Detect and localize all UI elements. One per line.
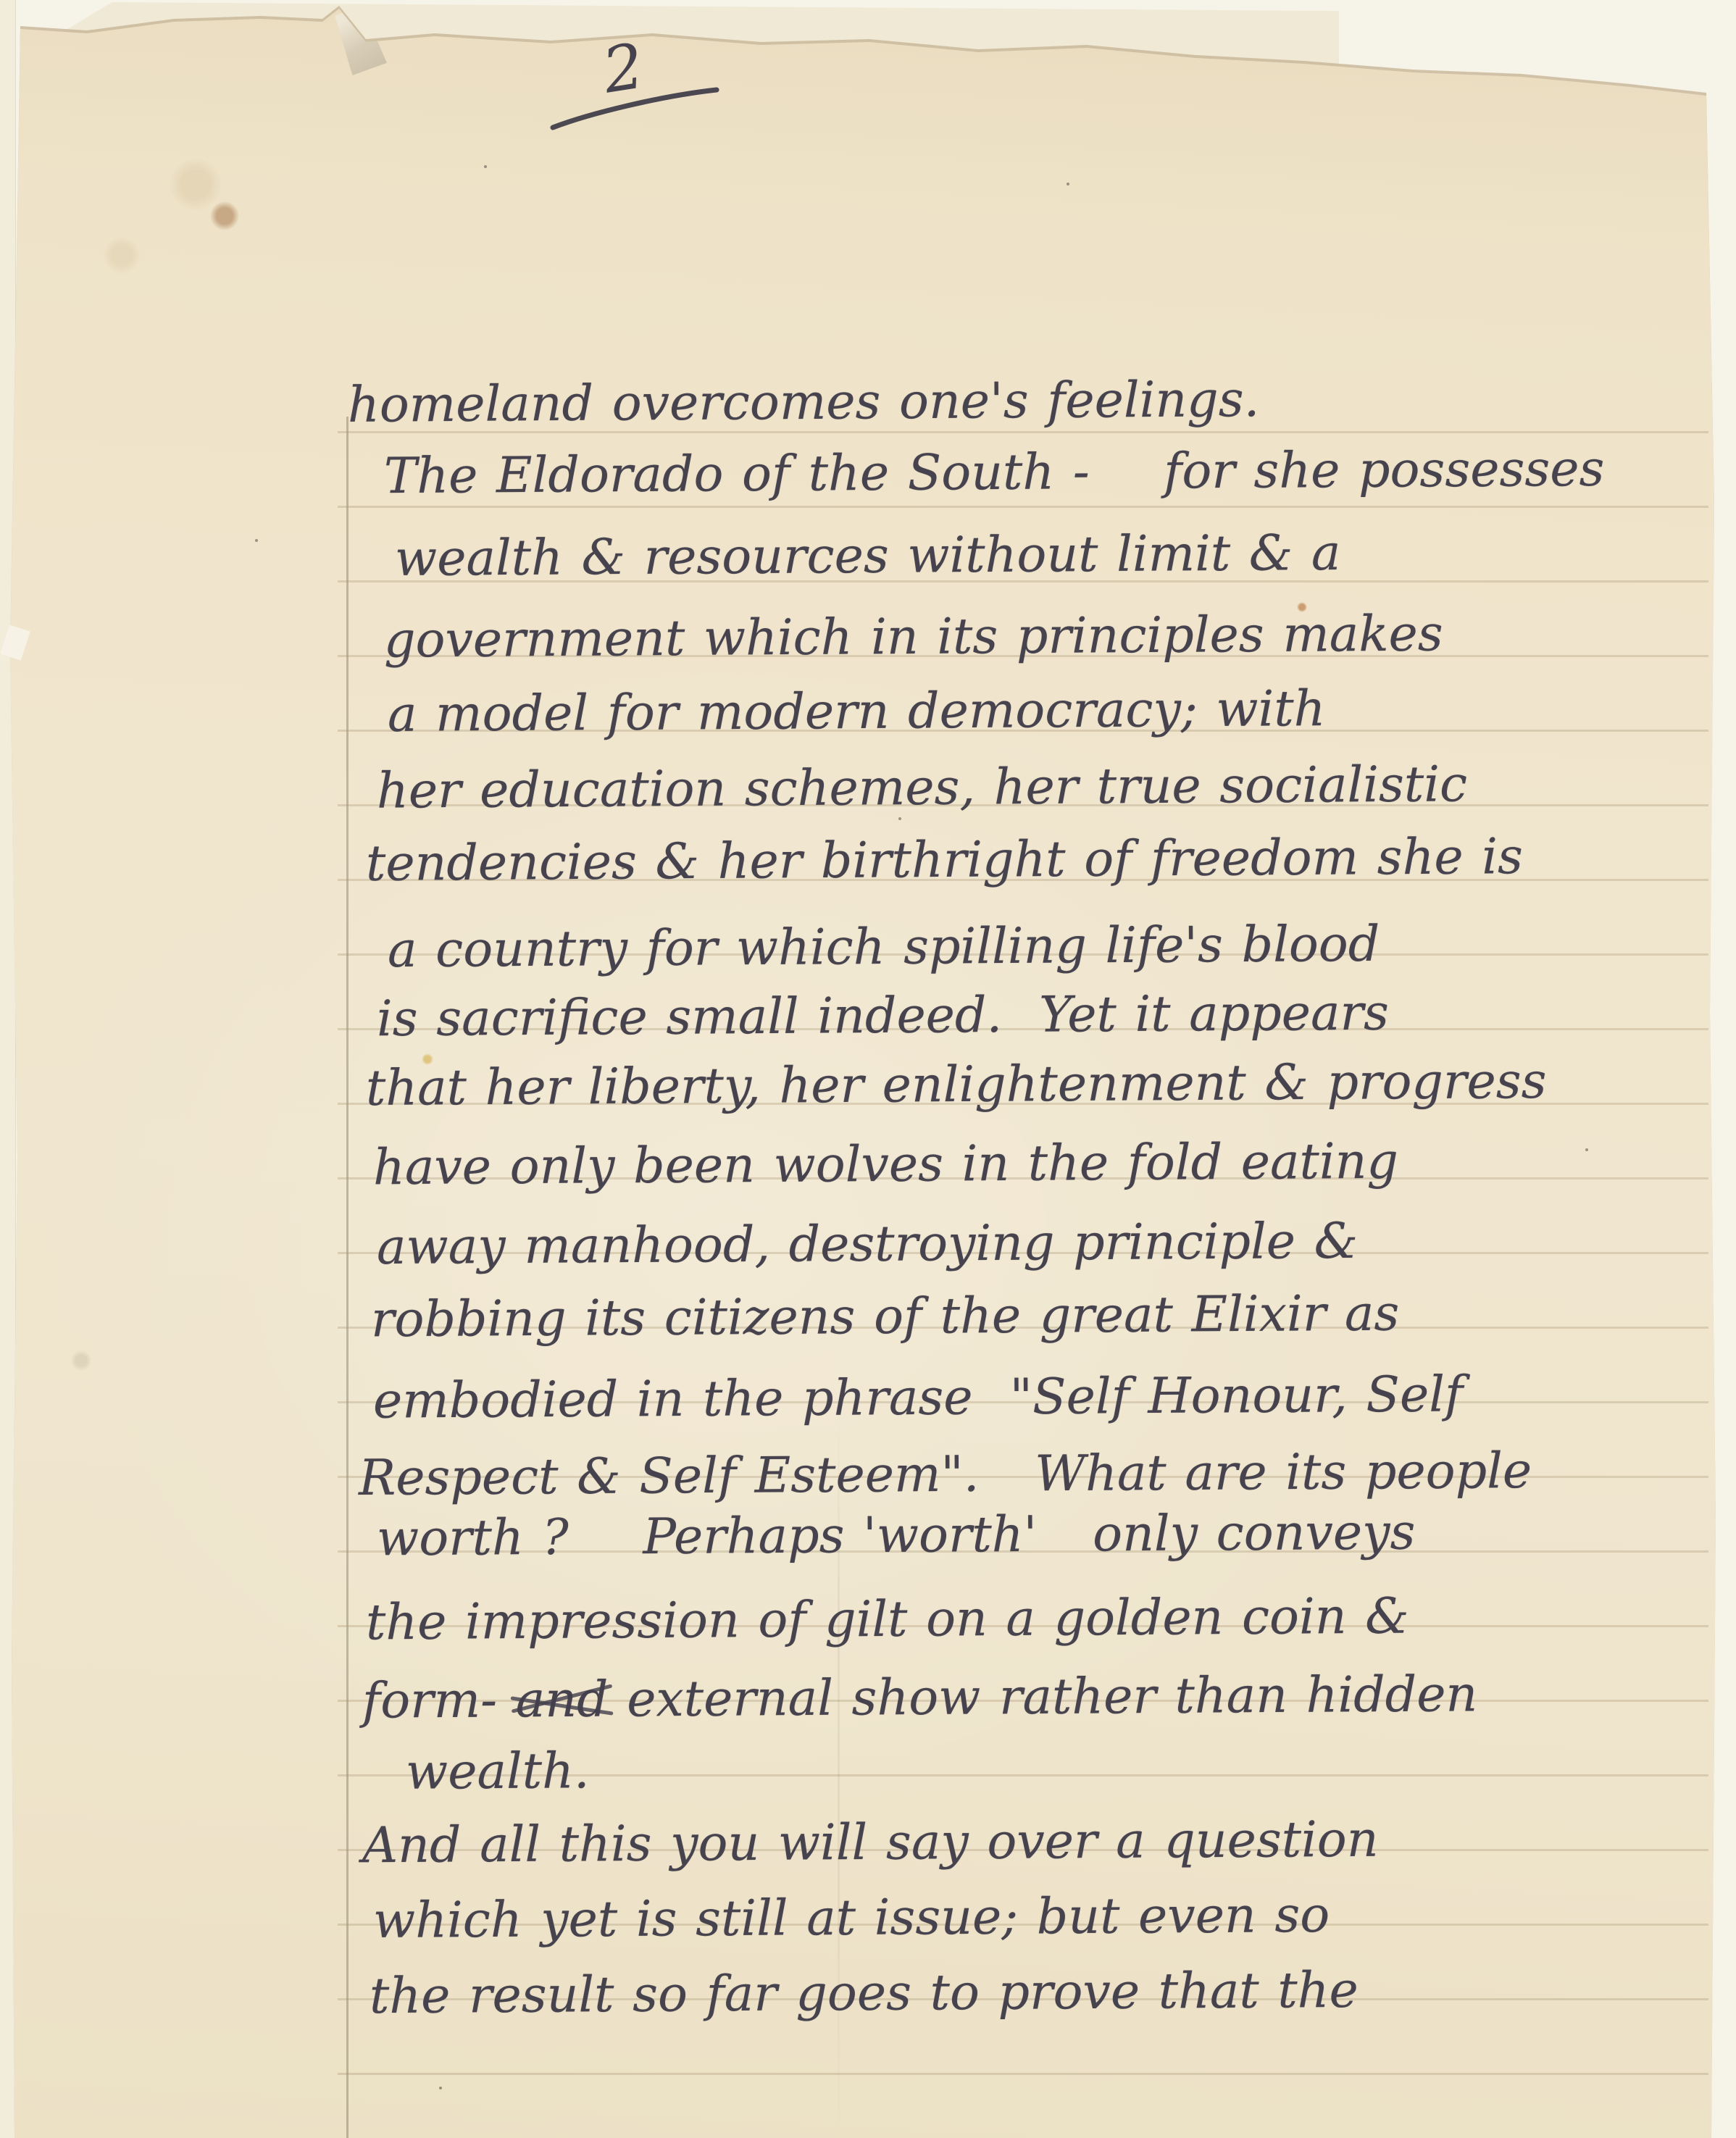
manuscript-line: away manhood, destroying principle & — [377, 1217, 1359, 1272]
manuscript-line: have only been wolves in the fold eating — [373, 1137, 1398, 1193]
manuscript-line: homeland overcomes one's feelings. — [348, 375, 1260, 430]
dust-speckle — [255, 539, 258, 542]
manuscript-line: And all this you will say over a questio… — [362, 1816, 1379, 1871]
manuscript-line: is sacrifice small indeed. Yet it appear… — [377, 989, 1389, 1045]
manuscript-line: her education schemes, her true socialis… — [377, 760, 1467, 816]
dust-speckle — [1067, 183, 1069, 185]
manuscript-line: a model for modern democracy; with — [388, 685, 1326, 740]
manuscript-line: embodied in the phrase "Self Honour, Sel… — [373, 1370, 1464, 1426]
line-fragment: external show rather than hidden — [608, 1666, 1477, 1728]
manuscript-line: Respect & Self Esteem". What are its peo… — [359, 1447, 1532, 1503]
dust-speckle — [898, 817, 901, 820]
manuscript-line: the impression of gilt on a golden coin … — [366, 1592, 1409, 1648]
manuscript: homeland overcomes one's feelings.The El… — [0, 0, 1736, 2138]
dust-speckle — [622, 867, 625, 869]
manuscript-line: tendencies & her birthright of freedom s… — [366, 832, 1523, 889]
manuscript-line: government which in its principles makes — [384, 610, 1443, 666]
manuscript-line: which yet is still at issue; but even so — [373, 1891, 1330, 1946]
manuscript-line: a country for which spilling life's bloo… — [388, 920, 1380, 975]
dust-speckle — [439, 2087, 442, 2089]
manuscript-line: robbing its citizens of the great Elixir… — [371, 1290, 1400, 1345]
manuscript-line: worth ? Perhaps 'worth' only conveys — [377, 1508, 1416, 1564]
manuscript-line: wealth & resources without limit & a — [395, 529, 1341, 584]
dust-speckle — [1585, 1148, 1588, 1151]
manuscript-line: the result so far goes to prove that the — [370, 1966, 1359, 2021]
dust-speckle — [484, 165, 487, 168]
manuscript-line: The Eldorado of the South - for she poss… — [384, 445, 1605, 501]
line-fragment: form- — [362, 1671, 516, 1729]
manuscript-line: that her liberty, her enlightenment & pr… — [366, 1057, 1547, 1114]
manuscript-line: wealth. — [406, 1747, 590, 1797]
manuscript-line: form- and external show rather than hidd… — [362, 1670, 1478, 1726]
struck-word: and — [515, 1676, 608, 1726]
